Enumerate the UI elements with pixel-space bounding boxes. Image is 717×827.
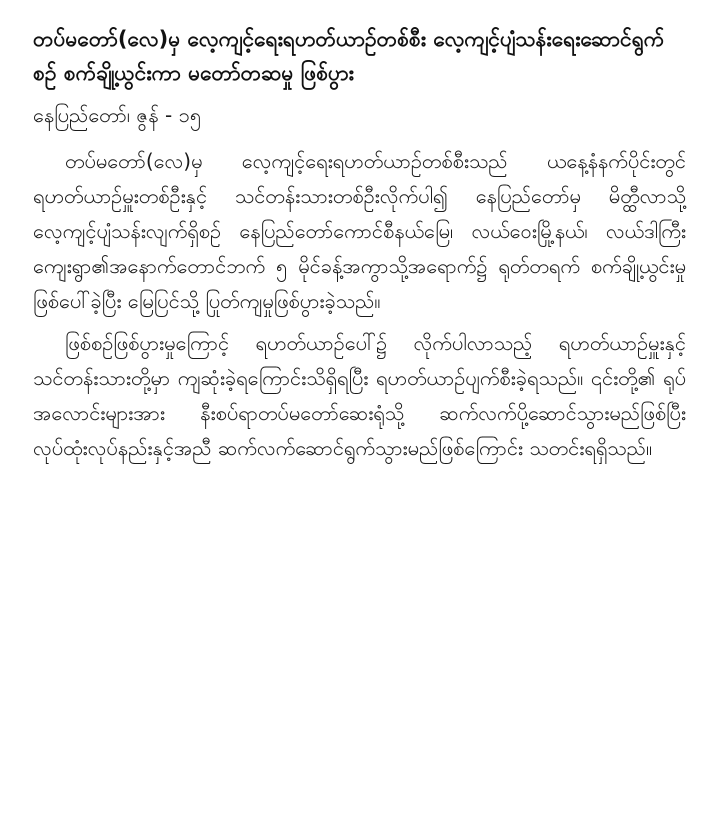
article-page: တပ်မတော်(လေ)မှ လေ့ကျင့်ရေးရဟတ်ယာဉ်တစ်စီး… xyxy=(0,0,717,827)
article-paragraph-1: တပ်မတော်(လေ)မှ လေ့ကျင့်ရေးရဟတ်ယာဉ်တစ်စီး… xyxy=(33,144,686,319)
dateline: နေပြည်တော်၊ ဇွန် - ၁၅ xyxy=(33,99,686,131)
article-paragraph-2: ဖြစ်စဉ်ဖြစ်ပွားမှုကြောင့် ရဟတ်ယာဉ်ပေါ်၌ … xyxy=(33,326,686,466)
article-title: တပ်မတော်(လေ)မှ လေ့ကျင့်ရေးရဟတ်ယာဉ်တစ်စီး… xyxy=(33,22,686,90)
